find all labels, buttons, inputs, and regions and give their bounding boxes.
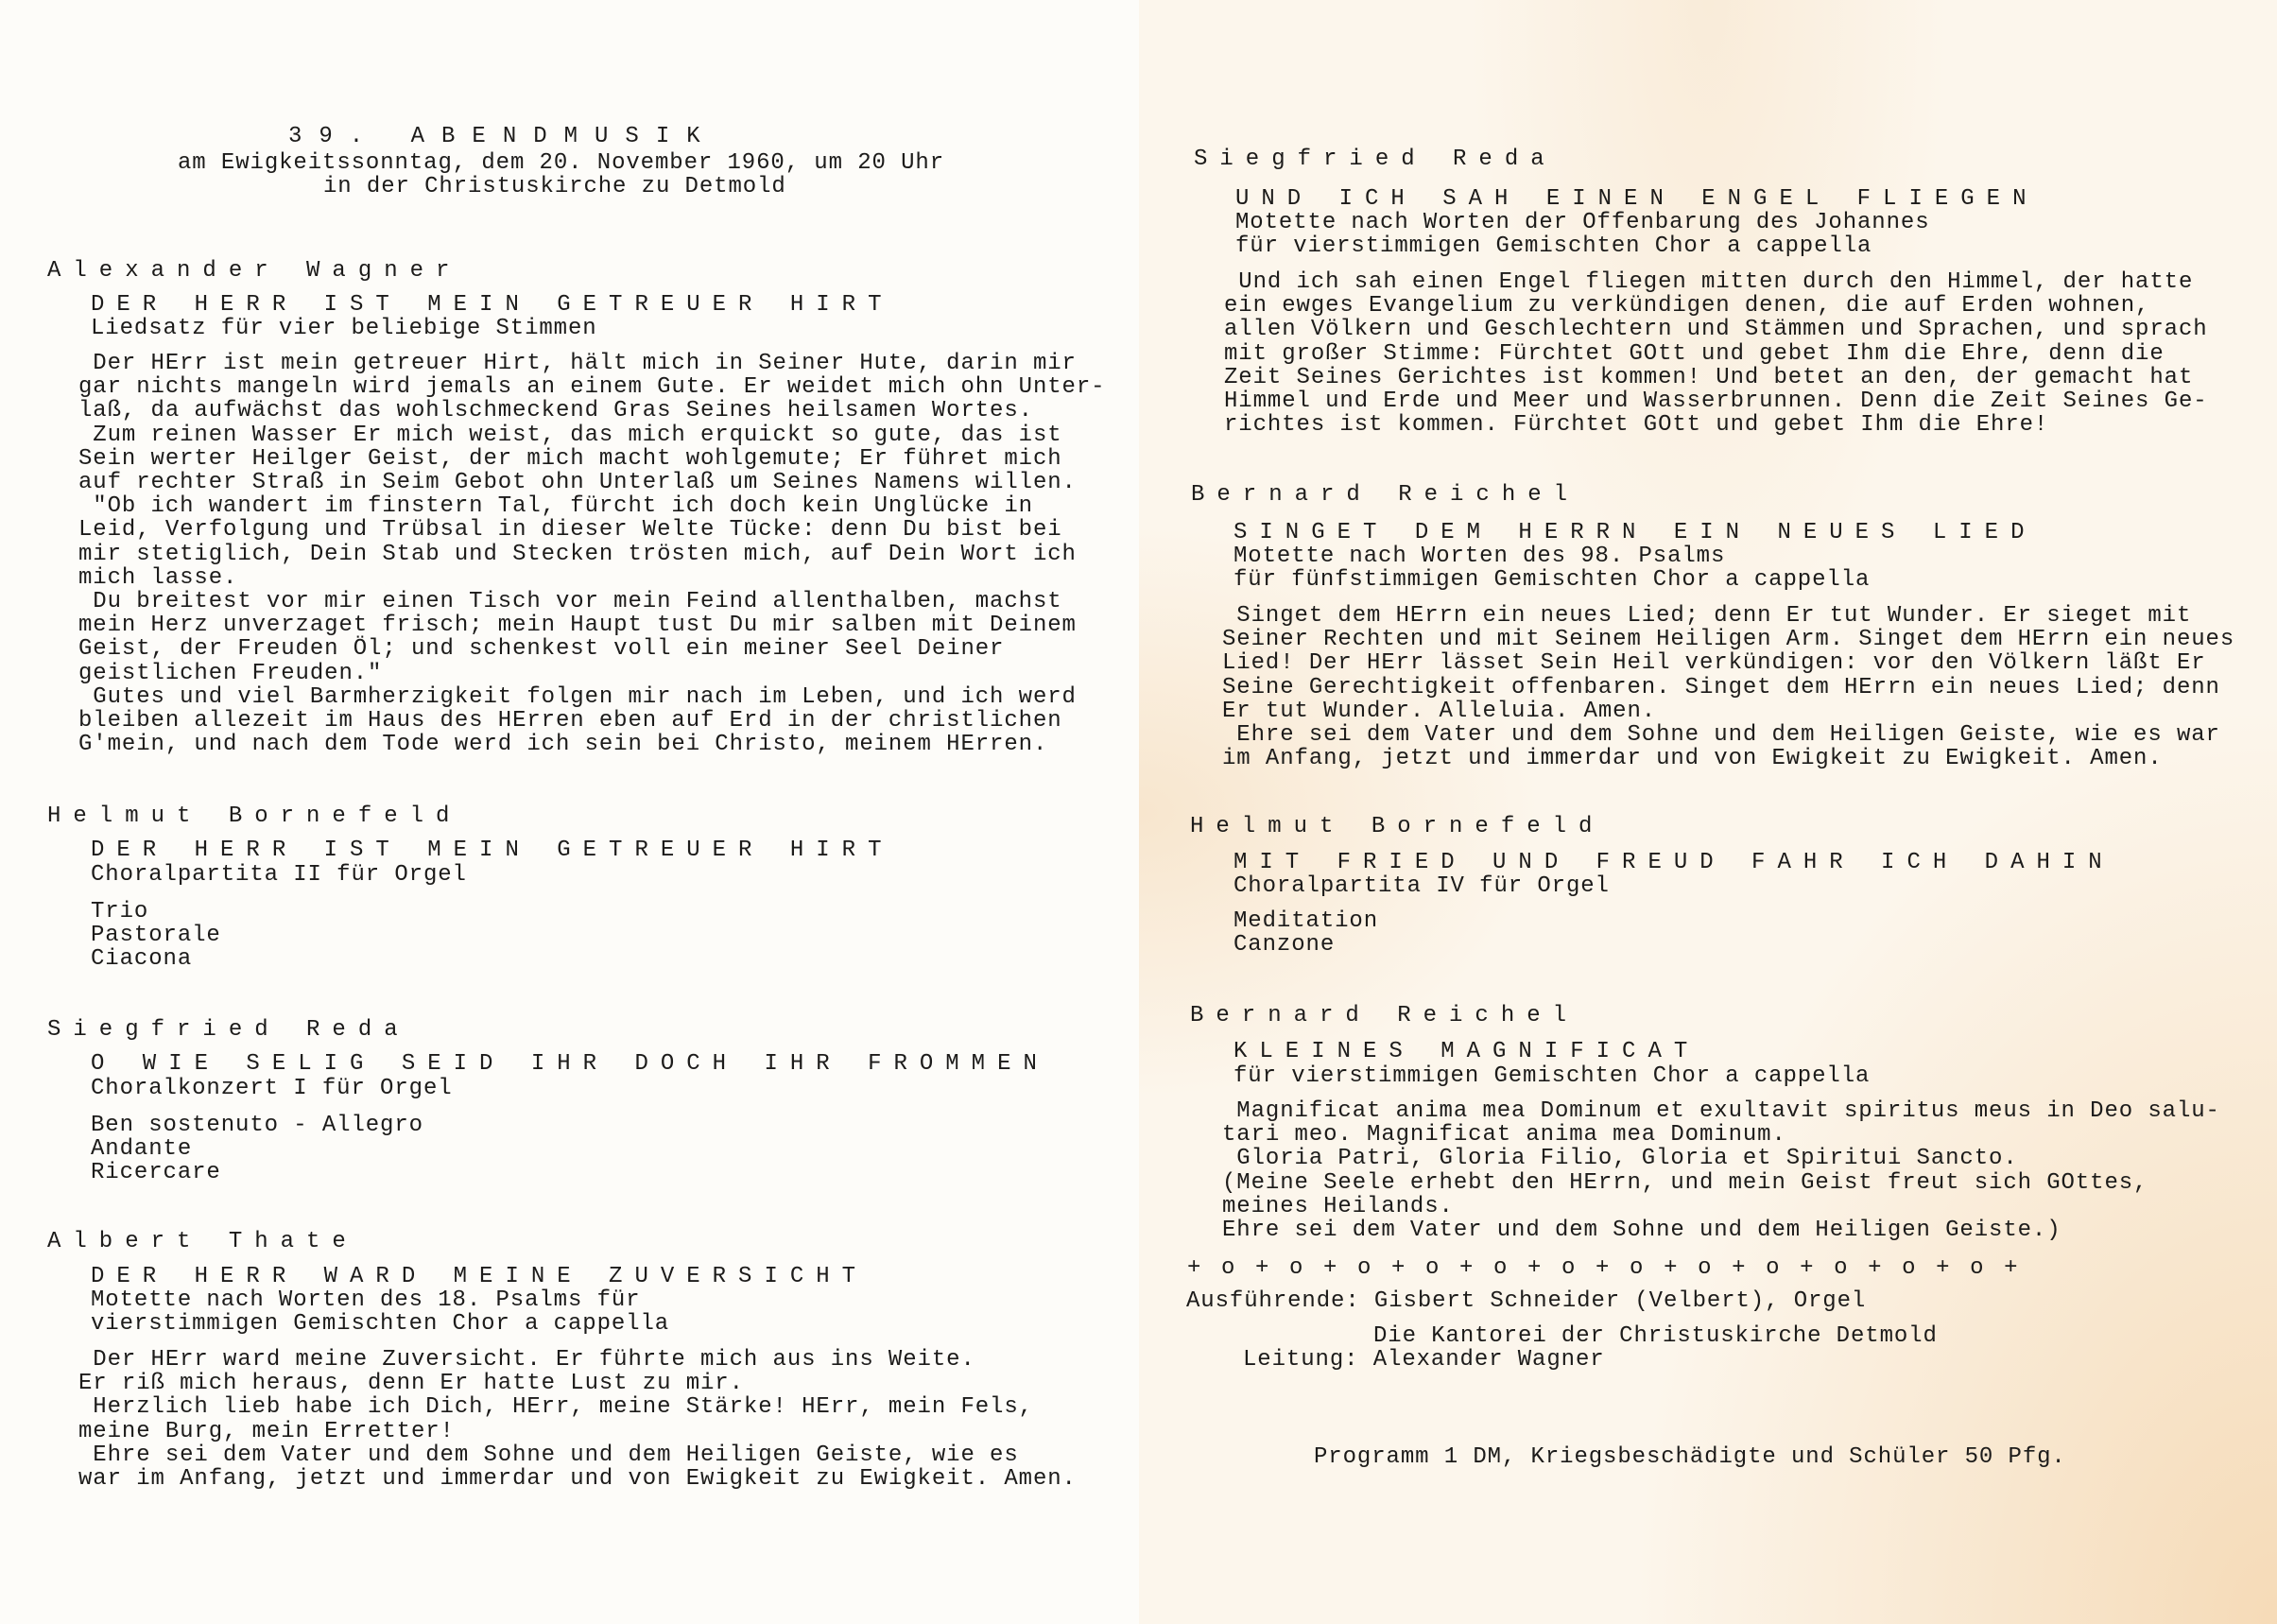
program-venue: in der Christuskirche zu Detmold [323, 175, 786, 199]
left-page: 39. ABENDMUSIK am Ewigkeitssonntag, dem … [0, 0, 1139, 1624]
performer-conductor: Leitung: Alexander Wagner [1243, 1348, 1605, 1372]
composer-name: Albert Thate [47, 1230, 358, 1253]
composer-name: Helmut Bornefeld [47, 804, 461, 828]
composer-name: Siegfried Reda [47, 1018, 410, 1042]
piece-title: SINGET DEM HERRN EIN NEUES LIED [1233, 521, 2036, 544]
piece-title: KLEINES MAGNIFICAT [1233, 1040, 1699, 1063]
piece-description: Motette nach Worten des 18. Psalms für [91, 1288, 641, 1312]
program-title: 39. ABENDMUSIK [288, 125, 717, 148]
piece-title: UND ICH SAH EINEN ENGEL FLIEGEN [1235, 187, 2038, 211]
movement-list: Meditation Canzone [1233, 909, 1378, 957]
movement-list: Ben sostenuto - Allegro Andante Ricercar… [91, 1114, 423, 1185]
price-note: Programm 1 DM, Kriegsbeschädigte und Sch… [1314, 1445, 2066, 1469]
performer-choir: Die Kantorei der Christuskirche Detmold [1373, 1324, 1938, 1348]
piece-text: Der HErr ward meine Zuversicht. Er führt… [78, 1348, 1077, 1491]
piece-description: Choralpartita II für Orgel [91, 863, 467, 887]
piece-text: Und ich sah einen Engel fliegen mitten d… [1224, 270, 2208, 437]
piece-description: Motette nach Worten der Offenbarung des … [1235, 211, 1930, 234]
piece-description: Choralpartita IV für Orgel [1233, 874, 1610, 898]
composer-name: Bernard Reichel [1190, 1004, 1578, 1028]
piece-text: Singet dem HErrn ein neues Lied; denn Er… [1222, 604, 2234, 770]
piece-description: Choralkonzert I für Orgel [91, 1077, 453, 1100]
piece-text: Magnificat anima mea Dominum et exultavi… [1222, 1099, 2220, 1242]
piece-description: für vierstimmigen Gemischten Chor a capp… [1233, 1064, 1870, 1088]
piece-title: MIT FRIED UND FREUD FAHR ICH DAHIN [1233, 851, 2114, 874]
piece-description: vierstimmigen Gemischten Chor a cappella [91, 1312, 669, 1336]
piece-title: DER HERR IST MEIN GETREUER HIRT [91, 838, 893, 862]
right-page: Siegfried Reda UND ICH SAH EINEN ENGEL F… [1139, 0, 2277, 1624]
program-date: am Ewigkeitssonntag, dem 20. November 19… [178, 151, 944, 175]
performer-organ: Ausführende: Gisbert Schneider (Velbert)… [1186, 1289, 1866, 1313]
piece-description: Motette nach Worten des 98. Psalms [1233, 544, 1725, 568]
piece-title: DER HERR WARD MEINE ZUVERSICHT [91, 1265, 868, 1288]
composer-name: Bernard Reichel [1191, 483, 1579, 507]
decorative-separator: + o + o + o + o + o + o + o + o + o + o … [1187, 1256, 2021, 1280]
piece-description: Liedsatz für vier beliebige Stimmen [91, 317, 597, 340]
piece-title: DER HERR IST MEIN GETREUER HIRT [91, 293, 893, 317]
composer-name: Siegfried Reda [1194, 147, 1557, 171]
composer-name: Helmut Bornefeld [1190, 815, 1604, 838]
piece-title: O WIE SELIG SEID IHR DOCH IHR FROMMEN [91, 1052, 1049, 1076]
piece-description: für vierstimmigen Gemischten Chor a capp… [1235, 234, 1872, 258]
composer-name: Alexander Wagner [47, 259, 461, 283]
movement-list: Trio Pastorale Ciacona [91, 900, 221, 972]
piece-description: für fünfstimmigen Gemischten Chor a capp… [1233, 568, 1870, 592]
piece-text: Der HErr ist mein getreuer Hirt, hält mi… [78, 352, 1105, 756]
